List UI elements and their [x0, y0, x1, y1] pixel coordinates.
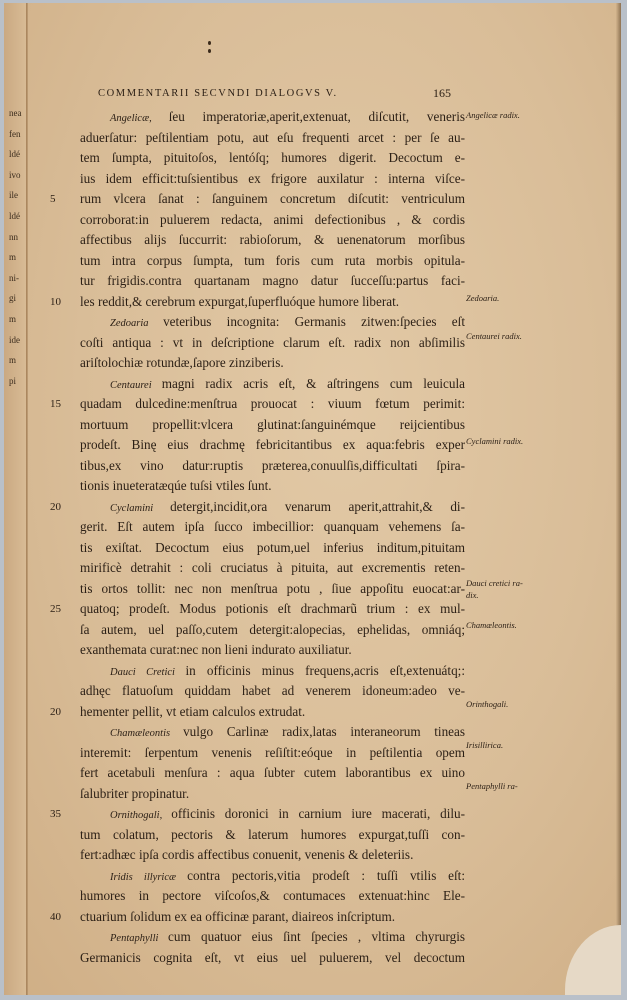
line-text: adhęc flatuoſum quiddam habet ad venerem… [80, 683, 465, 698]
line-text: tum intra corpus ſumpta, tum foris cum r… [80, 253, 465, 268]
entry-keyword: Zedoaria [110, 318, 163, 329]
line-text: ius idem efficit:tuſsientibus ex frigore… [80, 171, 465, 186]
line-text: quadam dulcedine:menſtrua prouocat : viu… [80, 396, 465, 411]
text-line: adhęc flatuoſum quiddam habet ad venerem… [80, 681, 465, 702]
line-text: detergit,incidit,ora venarum aperit,attr… [170, 499, 465, 514]
line-text: exanthemata curat:nec non lieni indurato… [80, 642, 352, 657]
text-line: mirificè detrahit : coli cruciatus à pit… [80, 558, 465, 579]
body-text: Angelicæ, ſeu imperatoriæ,aperit,extenua… [80, 107, 465, 968]
line-number: 20 [50, 702, 74, 723]
line-number: 15 [50, 394, 74, 415]
entry-keyword: Dauci Cretici [110, 667, 185, 678]
line-text: tem ſumpta, pituitoſos, lentóſq; humores… [80, 150, 465, 165]
text-line: 15quadam dulcedine:menſtrua prouocat : v… [80, 394, 465, 415]
running-head: Commentarii Secvndi Dialogvs V. [98, 88, 458, 99]
line-number: 20 [50, 497, 74, 518]
margin-note: Orinthogali. [466, 699, 508, 710]
text-line: Angelicæ, ſeu imperatoriæ,aperit,extenua… [80, 107, 465, 128]
margin-note: Zedoaria. [466, 293, 499, 304]
text-line: coſti antiqua : vt in deſcriptione claru… [80, 333, 465, 354]
text-line: fert acetabuli menſura : aqua ſubter cut… [80, 763, 465, 784]
line-number: 40 [50, 907, 74, 928]
margin-note: Pentaphylli ra- [466, 781, 518, 792]
text-line: 5rum vlcera ſanat : ſanguinem concretum … [80, 189, 465, 210]
line-text: tur frigidis.contra quartanam magno datu… [80, 273, 465, 288]
line-text: interemit: ſerpentum venenis reſiſtit:eó… [80, 745, 465, 760]
text-line: fert:adhæc ipſa cordis affectibus conuen… [80, 845, 465, 866]
text-line: Pentaphylli cum quatuor eius ſint ſpecie… [80, 927, 465, 948]
text-line: ius idem efficit:tuſsientibus ex frigore… [80, 169, 465, 190]
text-line: affectibus alijs ſuccurrit: rabioſorum, … [80, 230, 465, 251]
margin-note: Dauci cretici ra- [466, 578, 523, 589]
margin-note: Chamæleontis. [466, 620, 517, 631]
margin-note: Irisillirica. [466, 740, 503, 751]
entry-keyword: Cyclamini [110, 503, 170, 514]
text-line: ariſtolochiæ rotundæ,ſapore zinziberis. [80, 353, 465, 374]
text-line: gerit. Eſt autem ipſa ſucco imbecillior:… [80, 517, 465, 538]
line-text: fert acetabuli menſura : aqua ſubter cut… [80, 765, 465, 780]
line-text: contra pectoris,vitia prodeſt : tuſſi vt… [187, 868, 465, 883]
text-line: corroborat:in puluerem redacta, animi de… [80, 210, 465, 231]
text-line: Germanicis cognita eſt, vt eius uel pulu… [80, 948, 465, 969]
text-line: humores in pectore viſcoſos,& contumaces… [80, 886, 465, 907]
signature-mark [208, 41, 211, 57]
line-text: mortuum propellit:vlcera glutinat:ſangui… [80, 417, 465, 432]
line-text: mirificè detrahit : coli cruciatus à pit… [80, 560, 465, 575]
line-text: tionis inueteratæqúe tuſsi vtiles ſunt. [80, 478, 272, 493]
text-line: interemit: ſerpentum venenis reſiſtit:eó… [80, 743, 465, 764]
line-number: 25 [50, 599, 74, 620]
line-text: gerit. Eſt autem ipſa ſucco imbecillior:… [80, 519, 465, 534]
text-line: Zedoaria veteribus incognita: Germanis z… [80, 312, 465, 333]
entry-keyword: Ornithogali, [110, 810, 171, 821]
line-number: 35 [50, 804, 74, 825]
text-line: tum intra corpus ſumpta, tum foris cum r… [80, 251, 465, 272]
text-line: aduerſatur: peſtilentiam potu, aut eſu f… [80, 128, 465, 149]
margin-note: dix. [466, 590, 479, 601]
line-number: 5 [50, 189, 74, 210]
line-text: ſeu imperatoriæ,aperit,extenuat, diſcuti… [169, 109, 465, 124]
text-line: mortuum propellit:vlcera glutinat:ſangui… [80, 415, 465, 436]
page-number: 165 [433, 86, 451, 101]
line-text: hementer pellit, vt etiam calculos extru… [80, 704, 305, 719]
entry-keyword: Centaurei [110, 380, 162, 391]
line-text: officinis doronici in carnium iure macer… [171, 806, 465, 821]
text-line: tis exiſtat. Decoctum eius potum,uel inf… [80, 538, 465, 559]
line-text: les reddit,& cerebrum expurgat,ſuperfluó… [80, 294, 399, 309]
text-line: Dauci Cretici in officinis minus frequen… [80, 661, 465, 682]
entry-keyword: Angelicæ, [110, 113, 169, 124]
line-text: quatoq; prodeſt. Modus potionis eſt drac… [80, 601, 465, 616]
text-line: 35Ornithogali, officinis doronici in car… [80, 804, 465, 825]
line-text: fert:adhæc ipſa cordis affectibus conuen… [80, 847, 413, 862]
line-text: affectibus alijs ſuccurrit: rabioſorum, … [80, 232, 465, 247]
page-right-edge [616, 3, 621, 995]
margin-note: Cyclamini radix. [466, 436, 523, 447]
line-text: aduerſatur: peſtilentiam potu, aut eſu f… [80, 130, 465, 145]
text-line: 20Cyclamini detergit,incidit,ora venarum… [80, 497, 465, 518]
margin-note: Centaurei radix. [466, 331, 522, 342]
line-text: in officinis minus frequens,acris eſt,ex… [185, 663, 465, 678]
text-line: tis ortos tollit: nec non menſtrua potu … [80, 579, 465, 600]
line-text: coſti antiqua : vt in deſcriptione claru… [80, 335, 465, 350]
text-line: prodeſt. Binę eius drachmę febricitantib… [80, 435, 465, 456]
text-line: Chamæleontis vulgo Carlinæ radix,latas i… [80, 722, 465, 743]
entry-keyword: Iridis illyricæ [110, 872, 187, 883]
text-line: tum colatum, pectoris & laterum humores … [80, 825, 465, 846]
text-line: ſalubriter propinatur. [80, 784, 465, 805]
page-gutter [26, 3, 28, 995]
line-text: rum vlcera ſanat : ſanguinem concretum d… [80, 191, 465, 206]
line-text: magni radix acris eſt, & aſtringens cum … [162, 376, 465, 391]
text-line: Centaurei magni radix acris eſt, & aſtri… [80, 374, 465, 395]
text-line: tionis inueteratæqúe tuſsi vtiles ſunt. [80, 476, 465, 497]
line-text: tibus,ex vino datur:ruptis præterea,conu… [80, 458, 465, 473]
text-line: tur frigidis.contra quartanam magno datu… [80, 271, 465, 292]
line-text: tis exiſtat. Decoctum eius potum,uel inf… [80, 540, 465, 555]
line-text: humores in pectore viſcoſos,& contumaces… [80, 888, 465, 903]
line-text: Germanicis cognita eſt, vt eius uel pulu… [80, 950, 465, 965]
entry-keyword: Pentaphylli [110, 933, 168, 944]
text-line: tem ſumpta, pituitoſos, lentóſq; humores… [80, 148, 465, 169]
line-text: ctuarium ſolidum ex ea officinæ parant, … [80, 909, 395, 924]
line-text: ariſtolochiæ rotundæ,ſapore zinziberis. [80, 355, 284, 370]
line-text: tis ortos tollit: nec non menſtrua potu … [80, 581, 465, 596]
line-text: cum quatuor eius ſint ſpecies , vltima c… [168, 929, 465, 944]
text-line: 20hementer pellit, vt etiam calculos ext… [80, 702, 465, 723]
line-text: veteribus incognita: Germanis zitwen:ſpe… [163, 314, 465, 329]
margin-note: Angelicæ radix. [466, 110, 520, 121]
line-number: 10 [50, 292, 74, 313]
line-text: vulgo Carlinæ radix,latas interaneorum t… [183, 724, 465, 739]
line-text: tum colatum, pectoris & laterum humores … [80, 827, 465, 842]
text-line: 40ctuarium ſolidum ex ea officinæ parant… [80, 907, 465, 928]
text-line: tibus,ex vino datur:ruptis præterea,conu… [80, 456, 465, 477]
text-line: 10les reddit,& cerebrum expurgat,ſuperfl… [80, 292, 465, 313]
text-line: 25quatoq; prodeſt. Modus potionis eſt dr… [80, 599, 465, 620]
line-text: prodeſt. Binę eius drachmę febricitantib… [80, 437, 465, 452]
text-line: exanthemata curat:nec non lieni indurato… [80, 640, 465, 661]
line-text: ſalubriter propinatur. [80, 786, 189, 801]
line-text: corroborat:in puluerem redacta, animi de… [80, 212, 465, 227]
text-line: Iridis illyricæ contra pectoris,vitia pr… [80, 866, 465, 887]
entry-keyword: Chamæleontis [110, 728, 183, 739]
adjacent-page-strip: neafenldéivoileldénnmni-gimidempi [4, 3, 27, 995]
text-line: ſa autem, uel paſſo,cutem detergit:alope… [80, 620, 465, 641]
line-text: ſa autem, uel paſſo,cutem detergit:alope… [80, 622, 465, 637]
